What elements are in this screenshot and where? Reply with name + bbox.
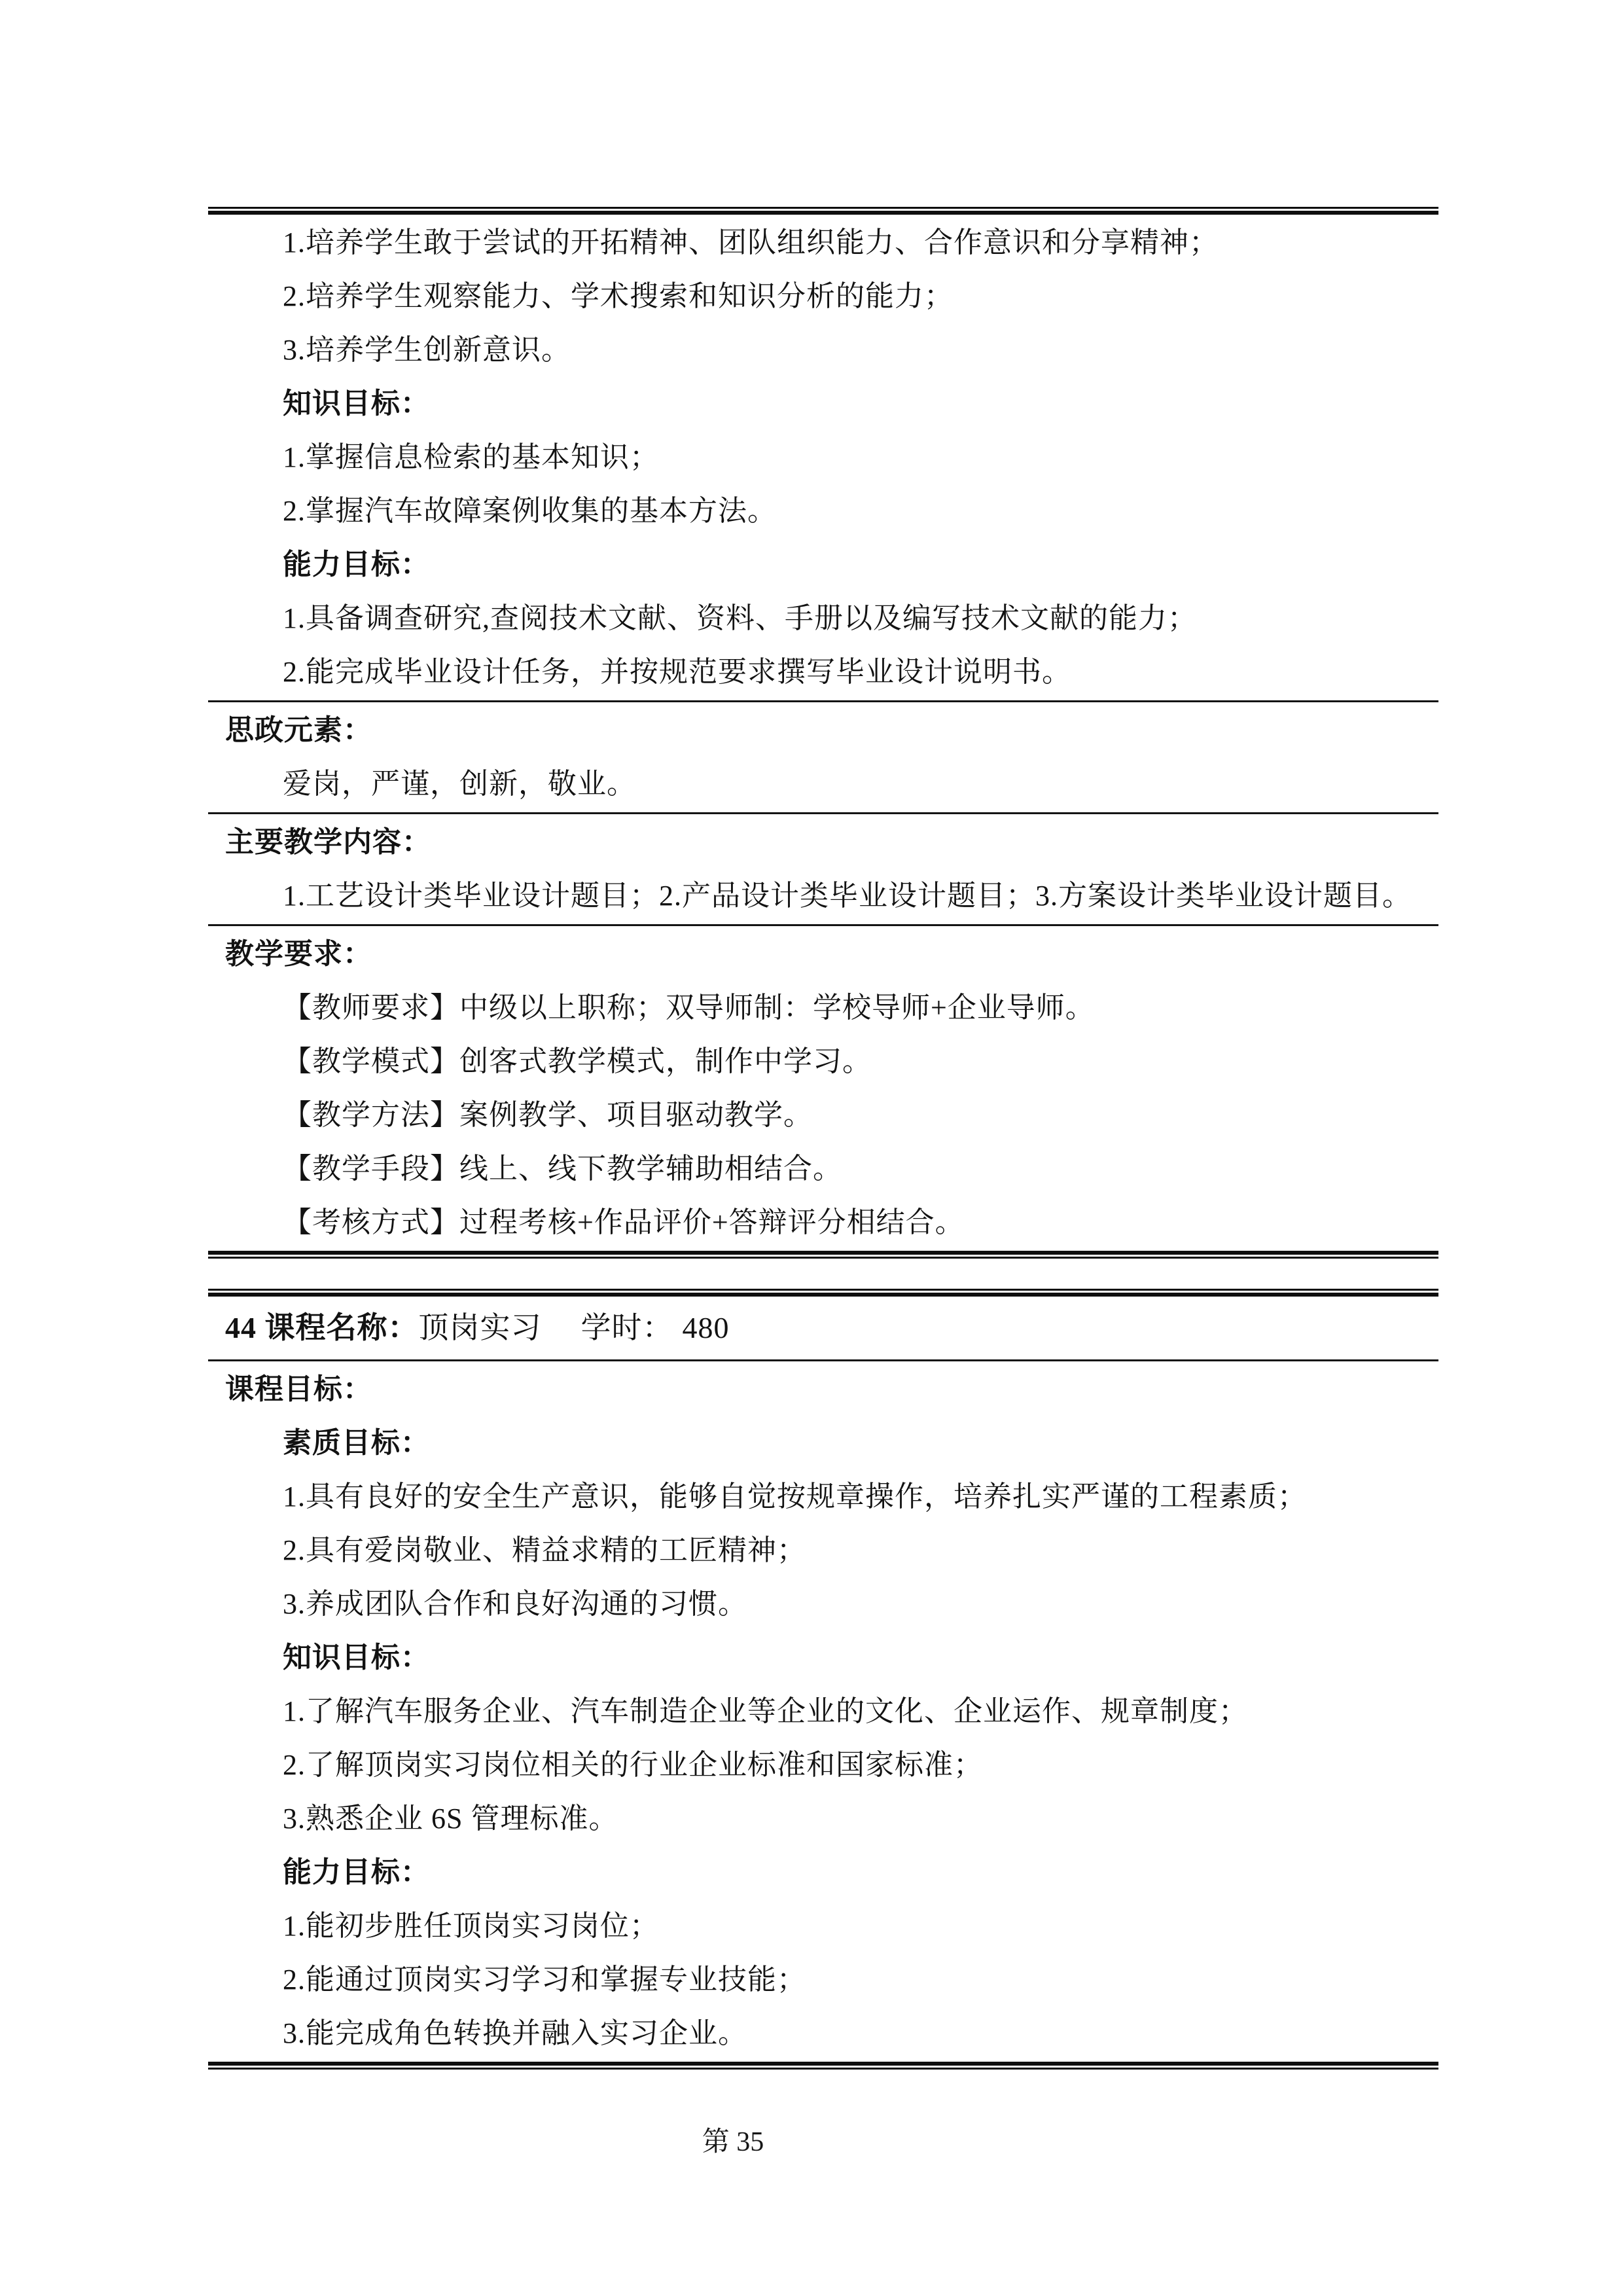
- knowledge-item: 3.熟悉企业 6S 管理标准。: [225, 1792, 1421, 1846]
- ability-item: 2.能完成毕业设计任务，并按规范要求撰写毕业设计说明书。: [225, 645, 1421, 699]
- ability-item: 3.能完成角色转换并融入实习企业。: [225, 2007, 1421, 2060]
- table-gap: [208, 1259, 1438, 1289]
- course44-title-row: 44 课程名称：顶岗实习学时：480: [208, 1297, 1438, 1359]
- course-hours-label: 学时：: [581, 1311, 673, 1344]
- quality-item: 1.培养学生敢于尝试的开拓精神、团队组织能力、合作意识和分享精神；: [225, 216, 1421, 270]
- quality-item: 2.培养学生观察能力、学术搜索和知识分析的能力；: [225, 270, 1421, 323]
- quality-item: 2.具有爱岗敬业、精益求精的工匠精神；: [225, 1524, 1421, 1577]
- heading-knowledge-objectives: 知识目标：: [225, 377, 1421, 431]
- ideology-text: 爱岗，严谨，创新，敬业。: [225, 757, 1421, 811]
- table-top-border: [208, 207, 1438, 215]
- heading-knowledge-objectives: 知识目标：: [225, 1631, 1421, 1685]
- requirement-item: 【教学手段】线上、线下教学辅助相结合。: [225, 1142, 1421, 1196]
- knowledge-item: 2.了解顶岗实习岗位相关的行业企业标准和国家标准；: [225, 1738, 1421, 1792]
- course44-title-line: 44 课程名称：顶岗实习学时：480: [225, 1301, 1421, 1355]
- ability-item: 2.能通过顶岗实习学习和掌握专业技能；: [225, 1953, 1421, 2007]
- document-page: 1.培养学生敢于尝试的开拓精神、团队组织能力、合作意识和分享精神； 2.培养学生…: [0, 0, 1623, 2296]
- heading-ability-objectives: 能力目标：: [225, 1846, 1421, 1899]
- table-bottom-border: [208, 2062, 1438, 2070]
- knowledge-item: 1.了解汽车服务企业、汽车制造企业等企业的文化、企业运作、规章制度；: [225, 1685, 1421, 1738]
- requirement-item: 【教学模式】创客式教学模式，制作中学习。: [225, 1035, 1421, 1088]
- ability-item: 1.能初步胜任顶岗实习岗位；: [225, 1899, 1421, 1953]
- section-course44-objectives: 课程目标： 素质目标： 1.具有良好的安全生产意识，能够自觉按规章操作，培养扎实…: [208, 1361, 1438, 2062]
- heading-quality-objectives: 素质目标：: [225, 1416, 1421, 1470]
- page-number: 第 35: [0, 2126, 1544, 2159]
- section-ideology: 思政元素： 爱岗，严谨，创新，敬业。: [208, 702, 1438, 812]
- requirement-item: 【教学方法】案例教学、项目驱动教学。: [225, 1088, 1421, 1142]
- requirement-item: 【教师要求】中级以上职称；双导师制：学校导师+企业导师。: [225, 981, 1421, 1035]
- course-hours-value: 480: [683, 1311, 730, 1344]
- section-teaching-content: 主要教学内容： 1.工艺设计类毕业设计题目；2.产品设计类毕业设计题目；3.方案…: [208, 814, 1438, 924]
- knowledge-item: 2.掌握汽车故障案例收集的基本方法。: [225, 484, 1421, 538]
- quality-item: 3.培养学生创新意识。: [225, 323, 1421, 377]
- knowledge-item: 1.掌握信息检索的基本知识；: [225, 431, 1421, 484]
- syllabus-table: 1.培养学生敢于尝试的开拓精神、团队组织能力、合作意识和分享精神； 2.培养学生…: [208, 207, 1438, 2070]
- requirement-item: 【考核方式】过程考核+作品评价+答辩评分相结合。: [225, 1196, 1421, 1249]
- course-name: 顶岗实习: [419, 1311, 542, 1344]
- teaching-content-text: 1.工艺设计类毕业设计题目；2.产品设计类毕业设计题目；3.方案设计类毕业设计题…: [225, 869, 1421, 923]
- section-course43-objectives: 1.培养学生敢于尝试的开拓精神、团队组织能力、合作意识和分享精神； 2.培养学生…: [208, 215, 1438, 700]
- quality-item: 3.养成团队合作和良好沟通的习惯。: [225, 1577, 1421, 1631]
- section-teaching-requirements: 教学要求： 【教师要求】中级以上职称；双导师制：学校导师+企业导师。 【教学模式…: [208, 926, 1438, 1251]
- heading-teaching-requirements: 教学要求：: [225, 927, 1421, 981]
- ability-item: 1.具备调查研究,查阅技术文献、资料、手册以及编写技术文献的能力；: [225, 592, 1421, 645]
- quality-item: 1.具有良好的安全生产意识，能够自觉按规章操作，培养扎实严谨的工程素质；: [225, 1470, 1421, 1524]
- table-bottom-border: [208, 1251, 1438, 1259]
- heading-course-objectives: 课程目标：: [225, 1363, 1421, 1416]
- table-top-border: [208, 1289, 1438, 1297]
- heading-teaching-content: 主要教学内容：: [225, 816, 1421, 869]
- course-number-label: 44 课程名称：: [225, 1311, 419, 1344]
- heading-ability-objectives: 能力目标：: [225, 538, 1421, 592]
- heading-ideology: 思政元素：: [225, 704, 1421, 757]
